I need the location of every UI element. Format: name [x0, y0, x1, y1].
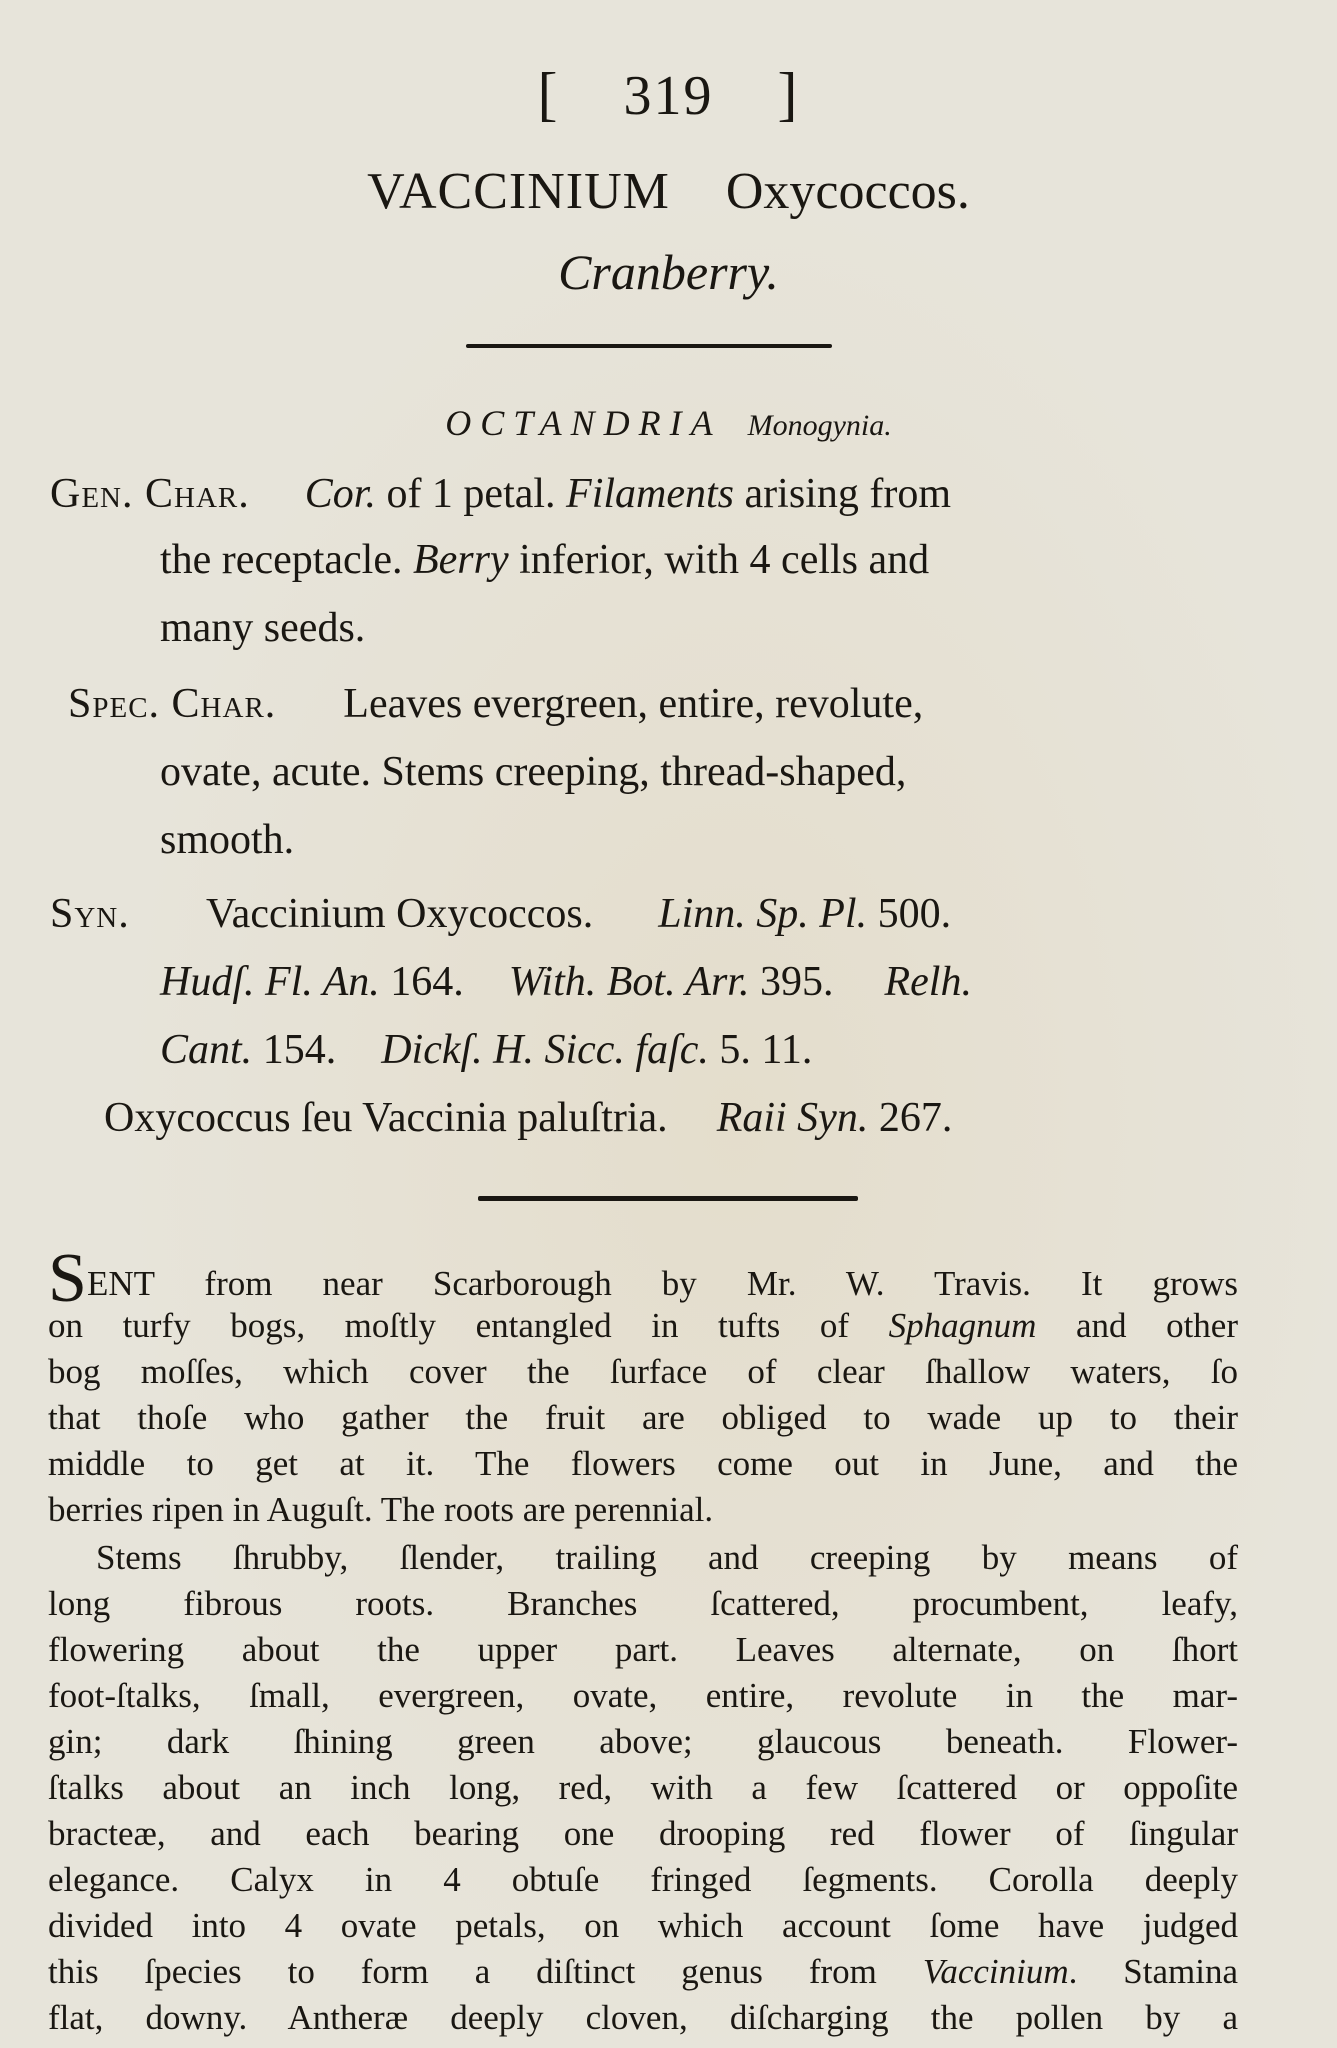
body-p2-line-2: long fibrous roots. Branches ſcattered, … — [48, 1584, 1238, 1624]
body-p1-line-3: bog moſſes, which cover the ſurface of c… — [48, 1352, 1238, 1392]
linnaean-class: OCTANDRIA — [445, 403, 721, 443]
citation: Cant. — [160, 1027, 252, 1073]
text: of 1 petal. — [376, 471, 566, 517]
gen-char-line-1: Gen. Char. Cor. of 1 petal. Filaments ar… — [50, 470, 951, 518]
text: Vaccinium Oxycoccos. — [206, 891, 593, 937]
body-p2-line-7: bracteæ, and each bearing one drooping r… — [48, 1814, 1238, 1854]
body-p2-line-1: Stems ſhrubby, ſlender, trailing and cre… — [96, 1538, 1238, 1578]
text: ENT from near Scarborough by Mr. W. Trav… — [87, 1264, 1238, 1303]
bracket-close: ] — [778, 61, 800, 127]
gen-char-line-2: the receptacle. Berry inferior, with 4 c… — [160, 536, 929, 584]
body-p2-line-3: flowering about the upper part. Leaves a… — [48, 1630, 1238, 1670]
body-p1-line-2: on turfy bogs, moſtly entangled in tufts… — [48, 1306, 1238, 1346]
bracket-open: [ — [538, 61, 560, 127]
body-p1-line-6: berries ripen in Auguſt. The roots are p… — [48, 1490, 1238, 1530]
text: and other — [1036, 1306, 1238, 1345]
species-name: Oxycoccos. — [726, 163, 970, 220]
text: Oxycoccus ſeu Vaccinia paluſtria. — [104, 1095, 668, 1141]
genus-name: VACCINIUM — [367, 163, 670, 220]
classification-line: OCTANDRIAMonogynia. — [0, 402, 1337, 444]
text: Leaves evergreen, entire, revolute, — [343, 681, 923, 727]
citation-page: 164. — [390, 959, 464, 1005]
text: arising from — [734, 471, 951, 517]
body-p2-line-4: foot-ſtalks, ſmall, evergreen, ovate, en… — [48, 1676, 1238, 1716]
italic-term: Berry — [413, 537, 509, 583]
citation-page: 500. — [878, 891, 952, 937]
citation: With. Bot. Arr. — [509, 959, 750, 1005]
linnaean-order: Monogynia. — [748, 409, 892, 442]
body-p1-line-1: SENT from near Scarborough by Mr. W. Tra… — [48, 1244, 1238, 1314]
syn-label: Syn. — [50, 891, 130, 937]
page-number: [ 319 ] — [0, 60, 1337, 129]
text: . Stamina — [1069, 1952, 1238, 1991]
italic-term: Vaccinium — [923, 1952, 1069, 1991]
citation: Hudſ. Fl. An. — [160, 959, 380, 1005]
text: many seeds. — [160, 605, 365, 651]
italic-term: Filaments — [566, 471, 734, 517]
species-title: VACCINIUMOxycoccos. — [0, 162, 1337, 221]
citation-page: 154. — [263, 1027, 337, 1073]
common-name: Cranberry. — [0, 243, 1337, 301]
gen-char-line-3: many seeds. — [160, 604, 365, 652]
syn-line-4: Oxycoccus ſeu Vaccinia paluſtria. Raii S… — [104, 1094, 952, 1142]
syn-line-3: Cant. 154. Dickſ. H. Sicc. faſc. 5. 11. — [160, 1026, 812, 1074]
citation: Dickſ. H. Sicc. faſc. — [381, 1027, 709, 1073]
section-rule-divider — [478, 1196, 858, 1201]
spec-char-label: Spec. Char. — [68, 681, 276, 727]
body-p2-line-9: divided into 4 ovate petals, on which ac… — [48, 1906, 1238, 1946]
body-p2-line-5: gin; dark ſhining green above; glaucous … — [48, 1722, 1238, 1762]
body-p1-line-5: middle to get at it. The flowers come ou… — [48, 1444, 1238, 1484]
text: on turfy bogs, moſtly entangled in tufts… — [48, 1306, 889, 1345]
spec-char-line-1: Spec. Char. Leaves evergreen, entire, re… — [68, 680, 923, 728]
body-p1-line-4: that thoſe who gather the fruit are obli… — [48, 1398, 1238, 1438]
title-rule-divider — [466, 344, 832, 348]
spec-char-line-3: smooth. — [160, 816, 294, 864]
citation: Raii Syn. — [717, 1095, 869, 1141]
body-p2-line-6: ſtalks about an inch long, red, with a f… — [48, 1768, 1238, 1808]
gen-char-label: Gen. Char. — [50, 471, 250, 517]
body-p2-line-8: elegance. Calyx in 4 obtuſe fringed ſegm… — [48, 1860, 1238, 1900]
citation: Linn. Sp. Pl. — [658, 891, 867, 937]
text: inferior, with 4 cells and — [509, 537, 930, 583]
italic-term: Sphagnum — [889, 1306, 1037, 1345]
citation-page: 267. — [879, 1095, 953, 1141]
body-p2-line-11: flat, downy. Antheræ deeply cloven, diſc… — [48, 1998, 1238, 2038]
body-p2-line-10: this ſpecies to form a diſtinct genus fr… — [48, 1952, 1238, 1992]
citation-page: 5. 11. — [719, 1027, 812, 1073]
syn-line-1: Syn. Vaccinium Oxycoccos. Linn. Sp. Pl. … — [50, 890, 951, 938]
text: this ſpecies to form a diſtinct genus fr… — [48, 1952, 923, 1991]
book-page: [ 319 ] VACCINIUMOxycoccos. Cranberry. O… — [0, 0, 1337, 2048]
syn-line-2: Hudſ. Fl. An. 164. With. Bot. Arr. 395. … — [160, 958, 972, 1006]
spec-char-line-2: ovate, acute. Stems creeping, thread-sha… — [160, 748, 906, 796]
citation: Relh. — [885, 959, 972, 1005]
text: the receptacle. — [160, 537, 413, 583]
page-number-value: 319 — [624, 65, 714, 127]
citation-page: 395. — [760, 959, 834, 1005]
italic-term: Cor. — [305, 471, 376, 517]
